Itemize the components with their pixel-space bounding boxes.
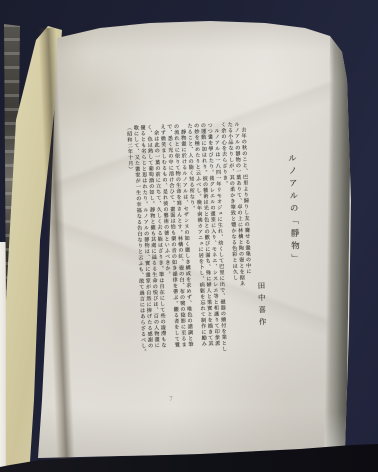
body-text: 去年の秋のこと、巴里より歸りし友の齎せる畫集の中に ルノアルの靜物の一葉ありて、… bbox=[124, 121, 255, 377]
author-name: 田中喜作 bbox=[256, 281, 269, 339]
fore-edge-pages bbox=[324, 30, 352, 454]
article-title: ルノアルの「靜物」 bbox=[285, 153, 301, 273]
article: ルノアルの「靜物」 田中喜作 去年の秋のこと、巴里より歸りし友の齎せる畫集の中に… bbox=[106, 117, 316, 409]
page-number: 7 bbox=[169, 396, 173, 403]
right-page: ルノアルの「靜物」 田中喜作 去年の秋のこと、巴里より歸りし友の齎せる畫集の中に… bbox=[36, 20, 352, 460]
book-photograph: ルノアルの「靜物」 田中喜作 去年の秋のこと、巴里より歸りし友の齎せる畫集の中に… bbox=[0, 0, 378, 472]
